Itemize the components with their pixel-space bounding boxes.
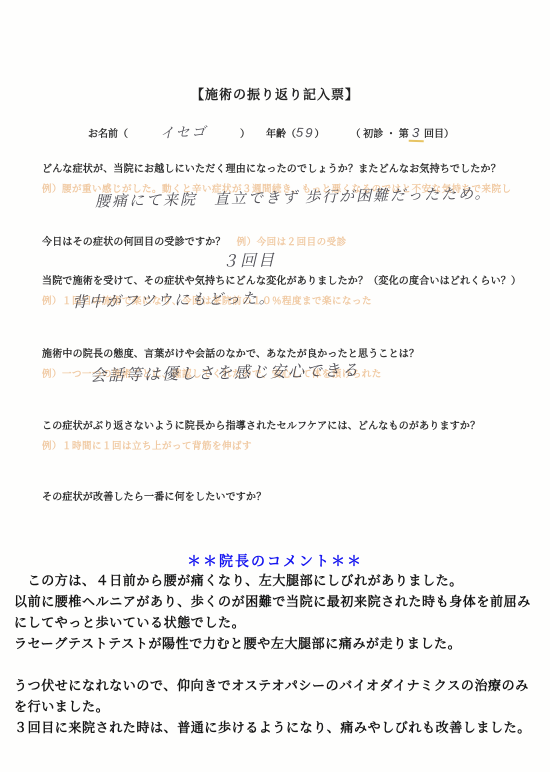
question-6-label: その症状が改善したら一番に何をしたいですか？ — [42, 491, 517, 505]
name-field-label: お名前（ — [88, 125, 128, 140]
director-comment-body: この方は、４日前から腰が痛くなり、左大腿部にしびれがありました。 以前に腰椎ヘル… — [14, 570, 538, 738]
question-5-label: この症状がぶり返さないように院長から指導されたセルフケアには、どんなものがありま… — [42, 420, 517, 434]
scanned-form-page: 【施術の振り返り記入票】 お名前（ イセゴ ） 年齢（ 59 ） （ 初診 ・ … — [0, 0, 550, 772]
director-comment-heading: ＊＊院長のコメント＊＊ — [0, 551, 550, 571]
handwritten-age-value: 59 — [296, 125, 315, 141]
question-1-label: どんな症状が、当院にお越しにいただく理由になったのでしょうか？またどんなお気持ち… — [42, 163, 517, 177]
question-5-example-text: 例）１時間に１回は立ち上がって背筋を伸ばす — [42, 438, 512, 452]
page-title: 【施術の振り返り記入票】 — [0, 84, 550, 103]
handwritten-name-value: イセゴ — [160, 121, 208, 143]
question-2-label: 今日はその症状の何回目の受診ですか？ — [42, 237, 226, 248]
form-header-row: お名前（ イセゴ ） 年齢（ 59 ） （ 初診 ・ 第 3 回目） — [88, 122, 528, 142]
age-field-close: ） — [314, 125, 324, 140]
question-2-row: 今日はその症状の何回目の受診ですか？ 例）今回は２回目の受診 — [42, 236, 522, 250]
question-2-handwritten-answer: ３回目 — [222, 247, 276, 271]
name-field-close: ） — [240, 125, 250, 140]
director-comment-paragraph: 以前に腰椎ヘルニアがあり、歩くのが困難で当院に最初来院された時も身体を前屈みにし… — [14, 591, 538, 633]
handwritten-visit-count: 3 — [409, 125, 425, 143]
director-comment-paragraph: うつ伏せになれないので、仰向きでオステオパシーのバイオダイナミクスの治療のみを行… — [14, 675, 538, 717]
question-2-example-text: 例）今回は２回目の受診 — [237, 237, 347, 248]
visit-field-close: 回目） — [424, 125, 454, 140]
director-comment-paragraph: この方は、４日前から腰が痛くなり、左大腿部にしびれがありました。 — [14, 570, 538, 591]
director-comment-paragraph: ３回目に来院された時は、普通に歩けるようになり、痛みやしびれも改善しました。 — [14, 717, 538, 738]
director-comment-paragraph: ラセーグテストテストが陽性で力むと腰や左大腿部に痛みが走りました。 — [14, 633, 538, 654]
visit-field-open: （ 初診 ・ 第 — [350, 125, 408, 140]
age-field-label: 年齢（ — [266, 125, 296, 140]
